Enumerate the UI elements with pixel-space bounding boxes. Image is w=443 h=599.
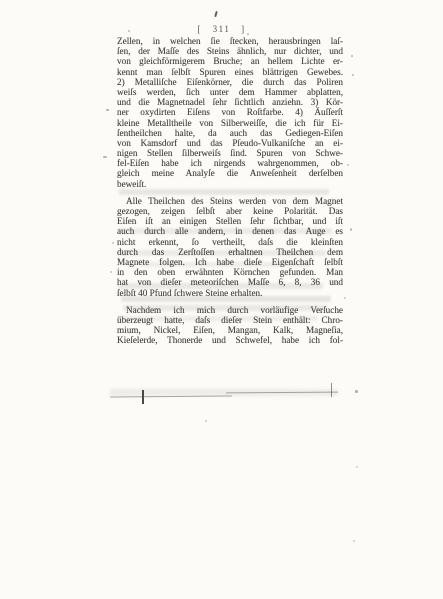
bleed-through-smudge — [140, 262, 310, 267]
bleed-through-smudge — [118, 283, 323, 289]
scan-speck — [106, 109, 109, 111]
scan-speck — [353, 540, 355, 542]
paragraph: Zellen, in welchen ſie ſtecken, herausbr… — [117, 36, 343, 189]
scan-speck — [350, 228, 352, 231]
crease-line — [110, 395, 232, 397]
ink-mark — [214, 11, 217, 17]
text-line: kennt man ſelbſt Spuren eines blättrigen… — [117, 67, 343, 77]
text-line: in den oben erwähnten Körnchen gefunden.… — [117, 267, 343, 277]
scan-speck — [347, 164, 349, 166]
text-line: ſentheilchen halte, da auch das Gediegen… — [117, 128, 343, 138]
scan-speck — [205, 420, 207, 422]
text-line: kleine Metalltheile von Silberweiſſe, di… — [117, 118, 343, 128]
bleed-through-smudge — [123, 305, 327, 311]
bleed-through-smudge — [118, 250, 326, 256]
text-line: Eiſen iſt an einigen Stellen ſehr ſichtb… — [117, 216, 343, 226]
scan-speck — [355, 390, 358, 393]
text-line: gezogen, zeigen ſelbſt aber keine Polari… — [117, 206, 343, 216]
text-line: nicht erkennt, ſo vertheilt, daſs die kl… — [117, 237, 343, 247]
text-line: gleich meine Analyſe die Anweſenheit der… — [117, 168, 343, 178]
text-line: fel-Eiſen habe ich nirgends wahrgenommen… — [117, 158, 343, 168]
bleed-through-smudge — [118, 228, 332, 234]
crease-tick — [142, 390, 144, 404]
text-line: weiſs werden, ſich unter dem Hammer abpl… — [117, 87, 343, 97]
text-line: beweiſt. — [117, 179, 343, 189]
text-line: nigen Stellen ſilberweiſs ſind. Spuren v… — [117, 148, 343, 158]
text-line: ſen, der Maſſe des Steins ähnlich, nur d… — [117, 46, 343, 56]
text-line: mium, Nickel, Eiſen, Mangan, Kalk, Magne… — [117, 325, 343, 335]
text-line: ner oxydirten Eiſens von Roſtfarbe. 4) Ä… — [117, 107, 343, 117]
scan-speck — [110, 271, 112, 273]
scan-speck — [344, 297, 346, 299]
page-number: [ 311 ] — [0, 24, 443, 34]
text-line: von Kamsdorf und das Pſeudo-Vulkaniſche … — [117, 138, 343, 148]
text-line: 2) Metalliſche Eiſenkörner, die durch da… — [117, 77, 343, 87]
text-line: Kieſelerde, Thonerde und Schwefel, habe … — [117, 335, 343, 345]
scan-speck — [247, 33, 249, 35]
bleed-through-smudge — [121, 296, 331, 302]
scanned-book-page: [ 311 ] Zellen, in welchen ſie ſtecken, … — [0, 0, 443, 599]
crease-tick — [331, 383, 332, 397]
text-line: und die Magnetnadel ſehr ſichtlich anzie… — [117, 97, 343, 107]
scan-speck — [356, 466, 358, 468]
scan-speck — [128, 30, 130, 32]
bleed-through-smudge — [119, 189, 329, 195]
scan-speck — [352, 74, 354, 76]
text-line: Zellen, in welchen ſie ſtecken, herausbr… — [117, 36, 343, 46]
scan-speck — [112, 242, 114, 244]
scan-speck — [103, 156, 107, 158]
text-line: Alle Theilchen des Steins werden von dem… — [117, 196, 343, 206]
scan-speck — [351, 55, 353, 57]
bleed-through-smudge — [118, 316, 318, 321]
text-line: von gleichförmigerem Bruche; an hellem L… — [117, 56, 343, 66]
